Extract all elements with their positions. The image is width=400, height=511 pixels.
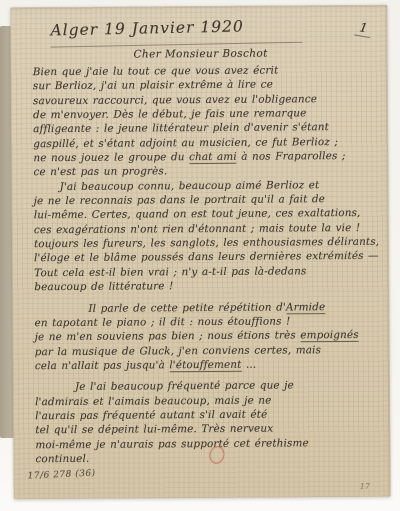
folio-number: 17 (360, 482, 370, 491)
dateline: Alger 19 Janvier 1920 (50, 17, 244, 39)
line-text: continuel. (35, 453, 89, 465)
line-text: l'admirais et l'aimais beaucoup, mais je… (35, 394, 271, 408)
line-text: l'aurais pas fréquenté autant s'il avait… (35, 408, 267, 422)
line-text: Je l'ai beaucoup fréquenté parce que je (75, 380, 294, 394)
line-text: à nos Fraparolles ; (237, 150, 346, 163)
line-text: gaspillé, et s'étant adjoint au musicien… (33, 136, 338, 150)
page-number-value: 1 (354, 19, 373, 38)
line-text: ces exagérations n'ont rien d'étonnant ;… (34, 222, 360, 236)
letter-line: beaucoup de littérature ! (34, 278, 379, 295)
line-text: beaucoup de littérature ! (34, 280, 173, 293)
salutation: Cher Monsieur Boschot (71, 47, 331, 61)
line-text: sur Berlioz, j'ai un plaisir extrême à l… (33, 79, 273, 93)
line-text: je ne le reconnais pas dans le portrait … (34, 193, 325, 207)
letter-paper: Alger 19 Janvier 1920 1 Cher Monsieur Bo… (10, 5, 390, 500)
line-text: Il parle de cette petite répétition d' (88, 301, 286, 314)
line-text: toujours les fureurs, les sanglots, les … (34, 236, 379, 250)
line-text: ne nous jouez le groupe du (33, 151, 189, 164)
page-number: 1 (355, 20, 371, 37)
line-text: lui-même. Certes, quand on est tout jeun… (34, 207, 361, 221)
line-text: tel qu'il se dépeint lui-même. Très nerv… (35, 423, 273, 437)
line-text: par la musique de Gluck, j'en conviens c… (35, 344, 321, 358)
letter-body: Bien que j'aie lu tout ce que vous avez … (33, 63, 381, 467)
line-text: moi-même je n'aurais pas supporté cet ér… (35, 437, 309, 451)
letter-line: ne nous jouez le groupe du chat ami à no… (33, 149, 378, 166)
line-text: en tapotant le piano ; il dit : nous éto… (34, 315, 290, 329)
line-text: je ne m'en souviens pas bien ; nous étio… (35, 329, 301, 343)
underlined-word: l'étouffement (169, 359, 241, 373)
underlined-word: chat ami (189, 151, 237, 164)
letter-line: continuel. (35, 450, 380, 467)
underlined-word: empoignés (300, 329, 359, 342)
line-text: J'ai beaucoup connu, beaucoup aimé Berli… (59, 179, 319, 193)
line-text: l'éloge et le blâme poussés dans leurs d… (34, 250, 379, 264)
line-text: ... (241, 358, 256, 370)
line-text: de m'envoyer. Dès le début, je fais une … (33, 107, 306, 121)
letter-line: l'éloge et le blâme poussés dans leurs d… (34, 249, 379, 266)
scan-background: Alger 19 Janvier 1920 1 Cher Monsieur Bo… (0, 0, 400, 511)
shelfmark: 17/6 278 (36) (27, 469, 95, 482)
letter-line: cela n'allait pas jusqu'à l'étouffement … (35, 357, 380, 374)
line-text: cela n'allait pas jusqu'à (35, 359, 170, 372)
letter-line: je ne m'en souviens pas bien ; nous étio… (35, 328, 380, 345)
line-text: Tout cela est-il bien vrai ; n'y a-t-il … (34, 265, 306, 279)
line-text: ce n'est pas un progrès. (33, 166, 167, 179)
line-text: Bien que j'aie lu tout ce que vous avez … (33, 64, 279, 78)
line-text: savoureux raccourci, que vous avez eu l'… (33, 93, 317, 107)
line-text: affligeante : le jeune littérateur plein… (33, 121, 329, 135)
underlined-word: Armide (286, 301, 325, 314)
